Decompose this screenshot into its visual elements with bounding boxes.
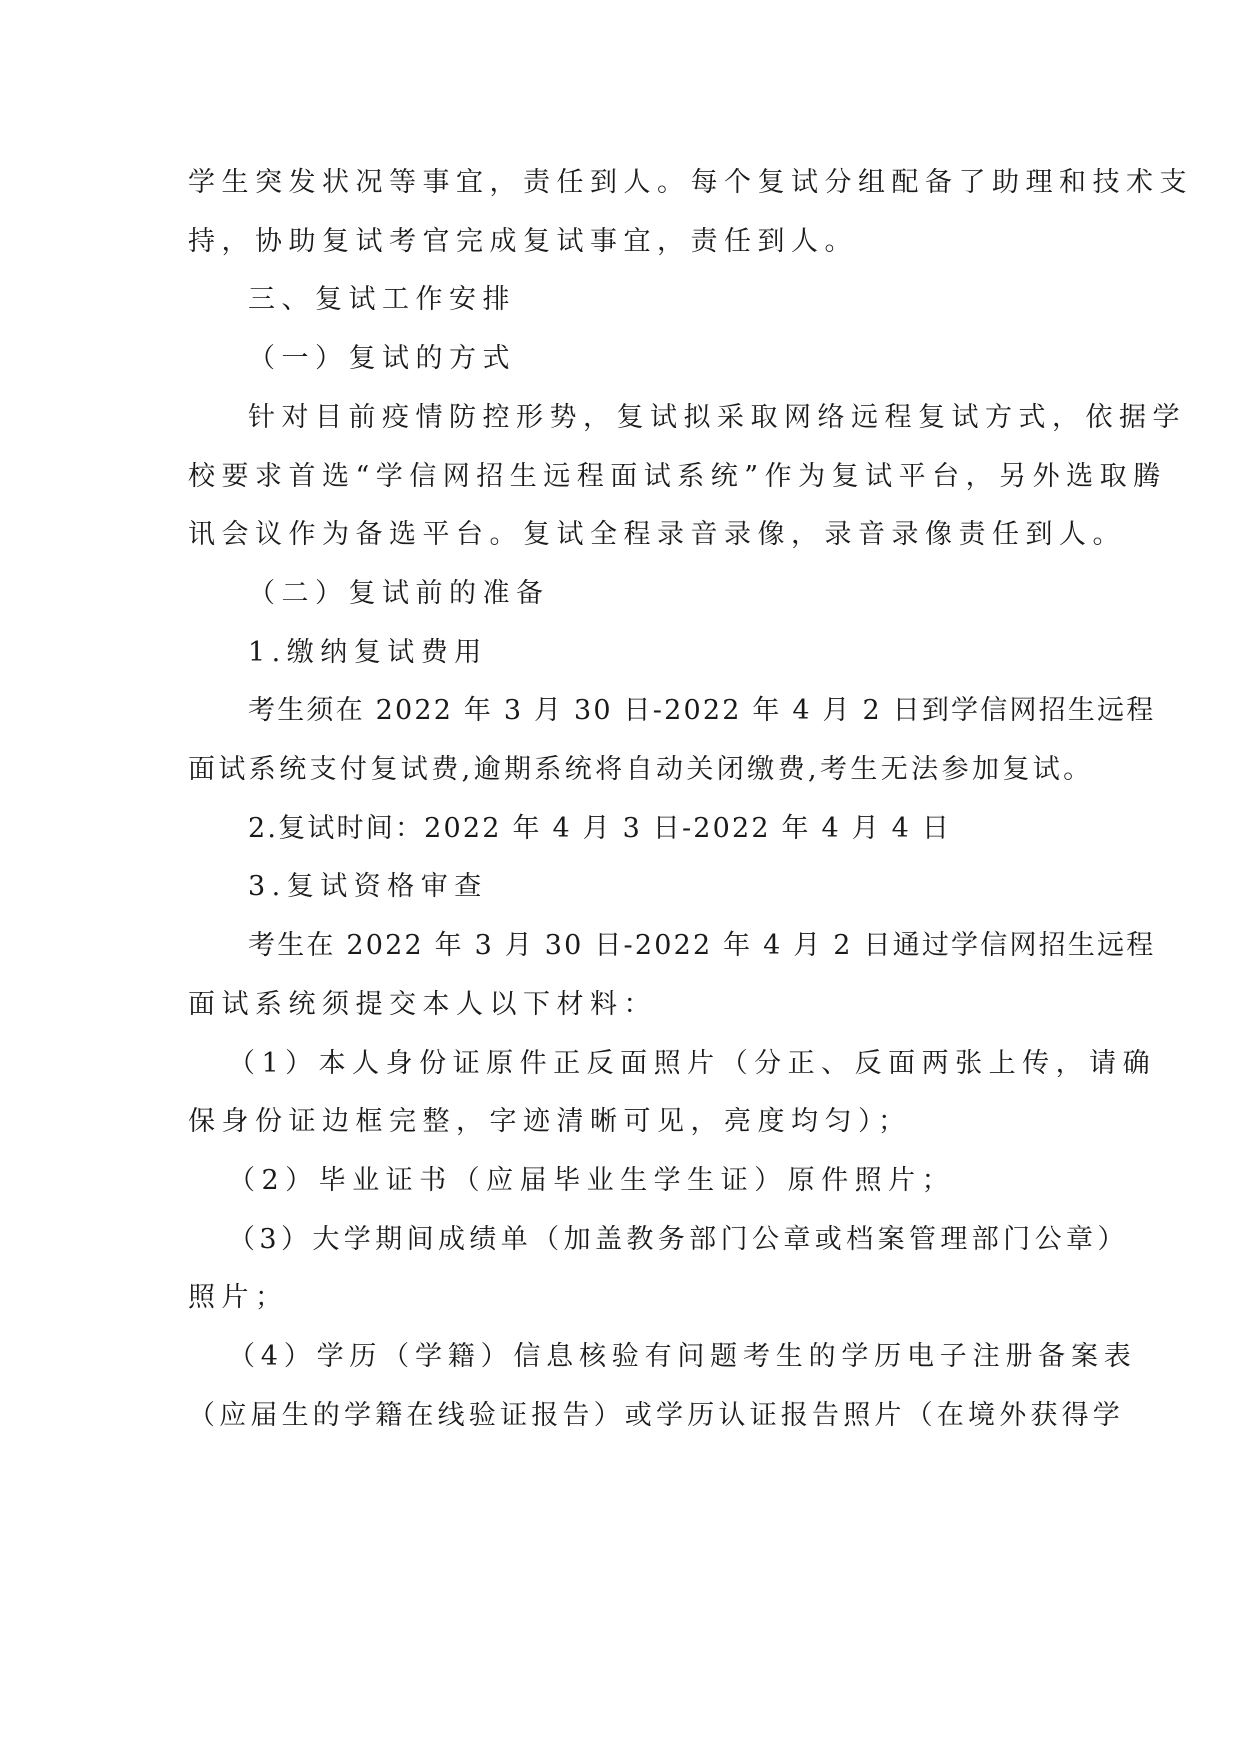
- subsection-heading-preparation: （二）复试前的准备: [188, 565, 1054, 624]
- text-line: 讯会议作为备选平台。复试全程录音录像，录音录像责任到人。: [188, 506, 1054, 565]
- text-line: 保身份证边框完整，字迹清晰可见，亮度均匀）；: [188, 1093, 1054, 1152]
- heading-text: 1.缴纳复试费用: [248, 637, 488, 668]
- text-line: 面试系统须提交本人以下材料：: [188, 976, 1054, 1035]
- heading-text: 三、复试工作安排: [248, 284, 516, 315]
- text-line: （3）大学期间成绩单（加盖教务部门公章或档案管理部门公章）: [188, 1211, 1054, 1270]
- body-paragraph-method: 针对目前疫情防控形势，复试拟采取网络远程复试方式，依据学 校要求首选“学信网招生…: [188, 389, 1054, 565]
- text-line: 面试系统支付复试费,逾期系统将自动关闭缴费,考生无法参加复试。: [188, 741, 1054, 800]
- text-line: 持，协助复试考官完成复试事宜，责任到人。: [188, 213, 1054, 272]
- text-line: 针对目前疫情防控形势，复试拟采取网络远程复试方式，依据学: [188, 389, 1054, 448]
- text-line: 考生须在 2022 年 3 月 30 日-2022 年 4 月 2 日到学信网招…: [188, 682, 1054, 741]
- heading-text: 3.复试资格审查: [248, 871, 488, 902]
- item-heading-fee: 1.缴纳复试费用: [188, 624, 1054, 683]
- body-paragraph-qualification: 考生在 2022 年 3 月 30 日-2022 年 4 月 2 日通过学信网招…: [188, 917, 1054, 1034]
- body-paragraph-fee: 考生须在 2022 年 3 月 30 日-2022 年 4 月 2 日到学信网招…: [188, 682, 1054, 799]
- text-line: 学生突发状况等事宜，责任到人。每个复试分组配备了助理和技术支: [188, 154, 1054, 213]
- document-page: 学生突发状况等事宜，责任到人。每个复试分组配备了助理和技术支 持，协助复试考官完…: [188, 154, 1054, 1445]
- subsection-heading-method: （一）复试的方式: [188, 330, 1054, 389]
- text-line: （应届生的学籍在线验证报告）或学历认证报告照片（在境外获得学: [188, 1387, 1054, 1446]
- text-line: 照片；: [188, 1269, 1054, 1328]
- section-heading-arrangement: 三、复试工作安排: [188, 271, 1054, 330]
- item-heading-time: 2.复试时间：2022 年 4 月 3 日-2022 年 4 月 4 日: [188, 800, 1054, 859]
- text-line: （2）毕业证书（应届毕业生学生证）原件照片；: [188, 1152, 1054, 1211]
- text-line: （1）本人身份证原件正反面照片（分正、反面两张上传，请确: [188, 1035, 1054, 1094]
- text-line: 校要求首选“学信网招生远程面试系统”作为复试平台，另外选取腾: [188, 448, 1054, 507]
- list-item-diploma: （2）毕业证书（应届毕业生学生证）原件照片；: [188, 1152, 1054, 1211]
- list-item-transcript: （3）大学期间成绩单（加盖教务部门公章或档案管理部门公章） 照片；: [188, 1211, 1054, 1328]
- heading-text: （一）复试的方式: [248, 343, 516, 374]
- text-line: 考生在 2022 年 3 月 30 日-2022 年 4 月 2 日通过学信网招…: [188, 917, 1054, 976]
- heading-text: （二）复试前的准备: [248, 578, 550, 609]
- list-item-id-card: （1）本人身份证原件正反面照片（分正、反面两张上传，请确 保身份证边框完整，字迹…: [188, 1035, 1054, 1152]
- body-paragraph-continued: 学生突发状况等事宜，责任到人。每个复试分组配备了助理和技术支 持，协助复试考官完…: [188, 154, 1054, 271]
- item-heading-qualification: 3.复试资格审查: [188, 858, 1054, 917]
- text-line: （4）学历（学籍）信息核验有问题考生的学历电子注册备案表: [188, 1328, 1054, 1387]
- heading-text: 2.复试时间：2022 年 4 月 3 日-2022 年 4 月 4 日: [248, 813, 951, 844]
- list-item-degree-verification: （4）学历（学籍）信息核验有问题考生的学历电子注册备案表 （应届生的学籍在线验证…: [188, 1328, 1054, 1445]
